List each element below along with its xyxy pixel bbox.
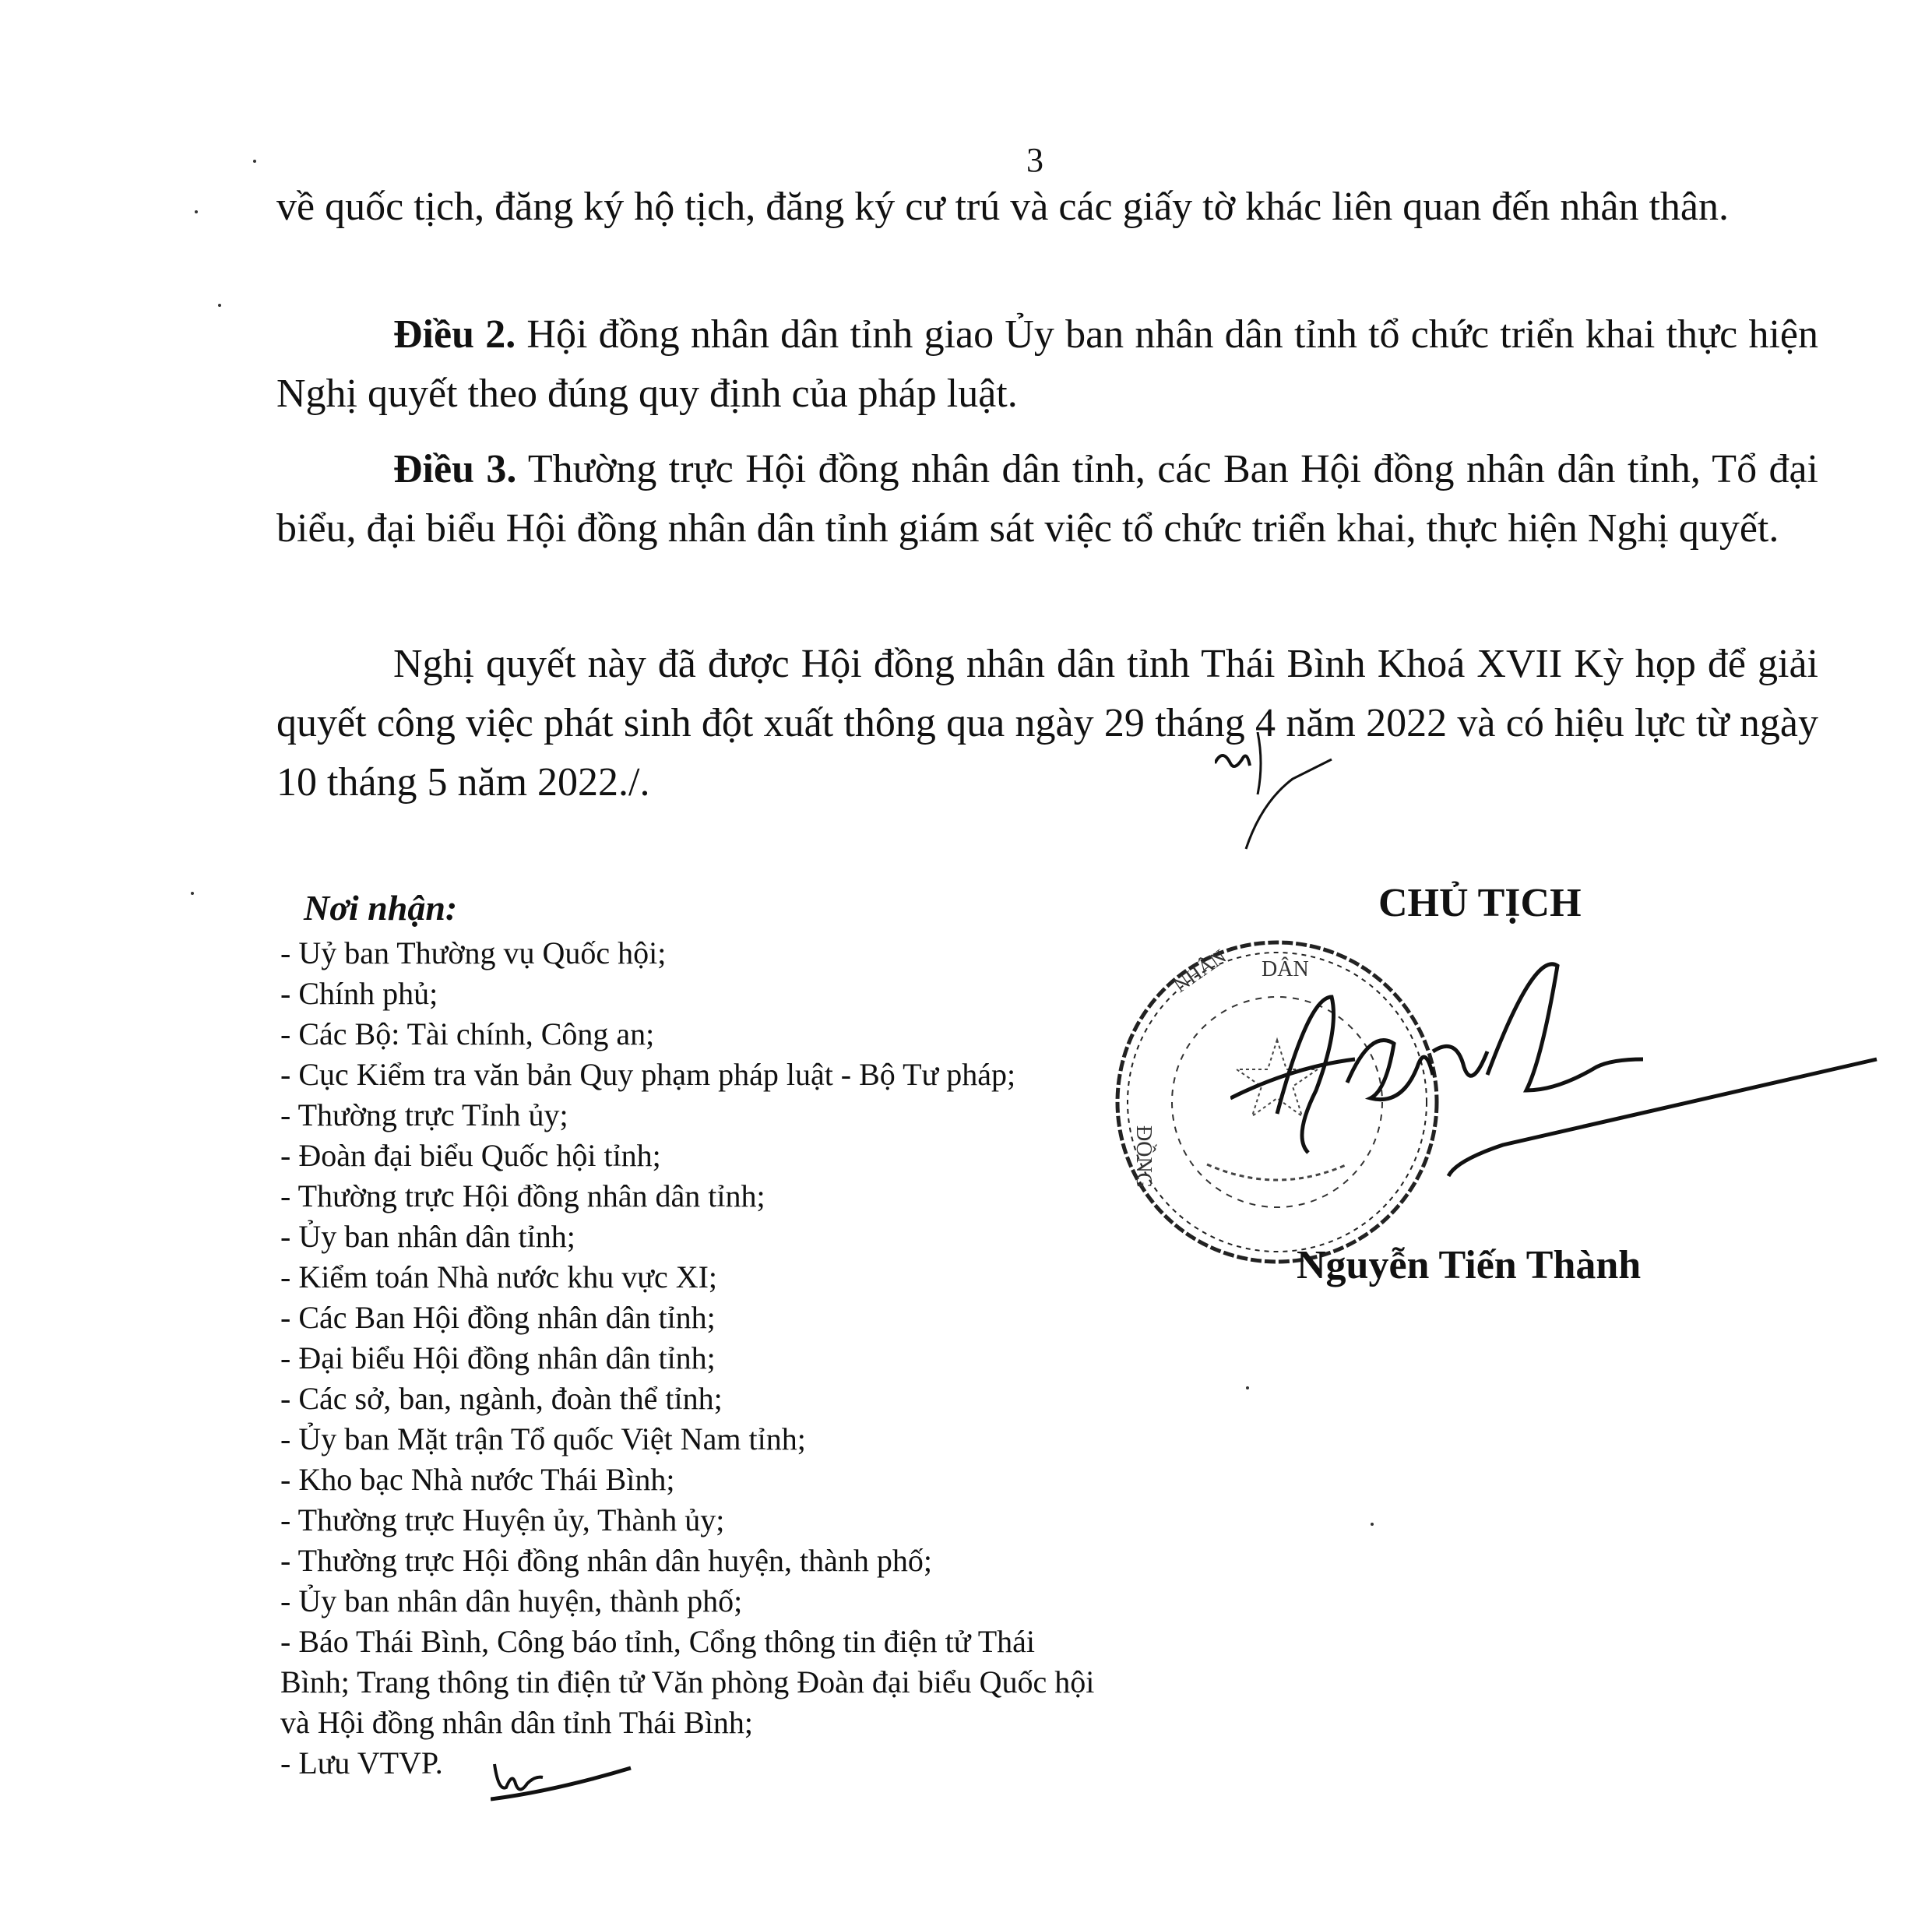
recipient-item: - Cục Kiểm tra văn bản Quy phạm pháp luậ… [280, 1055, 1137, 1095]
scan-speck [191, 892, 194, 895]
scan-speck [1246, 1386, 1249, 1389]
scan-speck [218, 304, 221, 307]
signer-name: Nguyễn Tiến Thành [1297, 1242, 1641, 1288]
signature-title: CHỦ TỊCH [1378, 880, 1582, 926]
article-3: Điều 3. Thường trực Hội đồng nhân dân tỉ… [276, 440, 1818, 558]
recipient-item: - Báo Thái Bình, Công báo tỉnh, Cổng thô… [280, 1622, 1106, 1743]
svg-text:NHÂN: NHÂN [1170, 945, 1230, 997]
article-3-label: Điều 3. [393, 447, 516, 491]
recipient-item: - Các Bộ: Tài chính, Công an; [280, 1014, 1137, 1055]
recipient-item: - Chính phủ; [280, 974, 1137, 1014]
recipient-item: - Các sở, ban, ngành, đoàn thể tỉnh; [280, 1379, 1137, 1419]
recipient-item: - Ủy ban Mặt trận Tổ quốc Việt Nam tỉnh; [280, 1419, 1137, 1460]
recipient-item: - Đại biểu Hội đồng nhân dân tỉnh; [280, 1338, 1137, 1379]
recipient-item: - Kiểm toán Nhà nước khu vực XI; [280, 1257, 1137, 1298]
scan-speck [195, 210, 198, 213]
recipient-item: - Thường trực Hội đồng nhân dân huyện, t… [280, 1541, 1137, 1581]
page-number: 3 [1026, 140, 1043, 180]
scan-speck [1371, 1523, 1374, 1526]
recipient-item: - Các Ban Hội đồng nhân dân tỉnh; [280, 1298, 1137, 1338]
recipient-item: - Thường trực Huyện ủy, Thành ủy; [280, 1500, 1137, 1541]
recipient-item: - Kho bạc Nhà nước Thái Bình; [280, 1460, 1137, 1500]
svg-text:ĐỒNG: ĐỒNG [1131, 1125, 1156, 1189]
article-2-label: Điều 2. [393, 312, 516, 357]
closing-paragraph: Nghị quyết này đã được Hội đồng nhân dân… [276, 635, 1818, 812]
handwritten-signature-icon [1230, 958, 1884, 1184]
recipient-item: - Thường trực Tỉnh ủy; [280, 1095, 1137, 1136]
recipient-item: - Uỷ ban Thường vụ Quốc hội; [280, 933, 1137, 974]
recipient-item: - Lưu VTVP. [280, 1743, 1137, 1784]
recipient-item: - Thường trực Hội đồng nhân dân tỉnh; [280, 1176, 1137, 1217]
recipient-item: - Ủy ban nhân dân tỉnh; [280, 1217, 1137, 1257]
handwritten-initials-icon [1215, 732, 1371, 872]
scan-speck [253, 160, 256, 163]
article-2: Điều 2. Hội đồng nhân dân tỉnh giao Ủy b… [276, 305, 1818, 424]
handwritten-initials-icon [491, 1756, 646, 1811]
recipient-item: - Ủy ban nhân dân huyện, thành phố; [280, 1581, 1137, 1622]
paragraph-continuation: về quốc tịch, đăng ký hộ tịch, đăng ký c… [276, 178, 1818, 237]
recipients-list: Nơi nhận: - Uỷ ban Thường vụ Quốc hội; -… [280, 888, 1137, 1784]
recipient-item: - Đoàn đại biểu Quốc hội tỉnh; [280, 1136, 1137, 1176]
recipients-heading: Nơi nhận: [304, 888, 1137, 928]
